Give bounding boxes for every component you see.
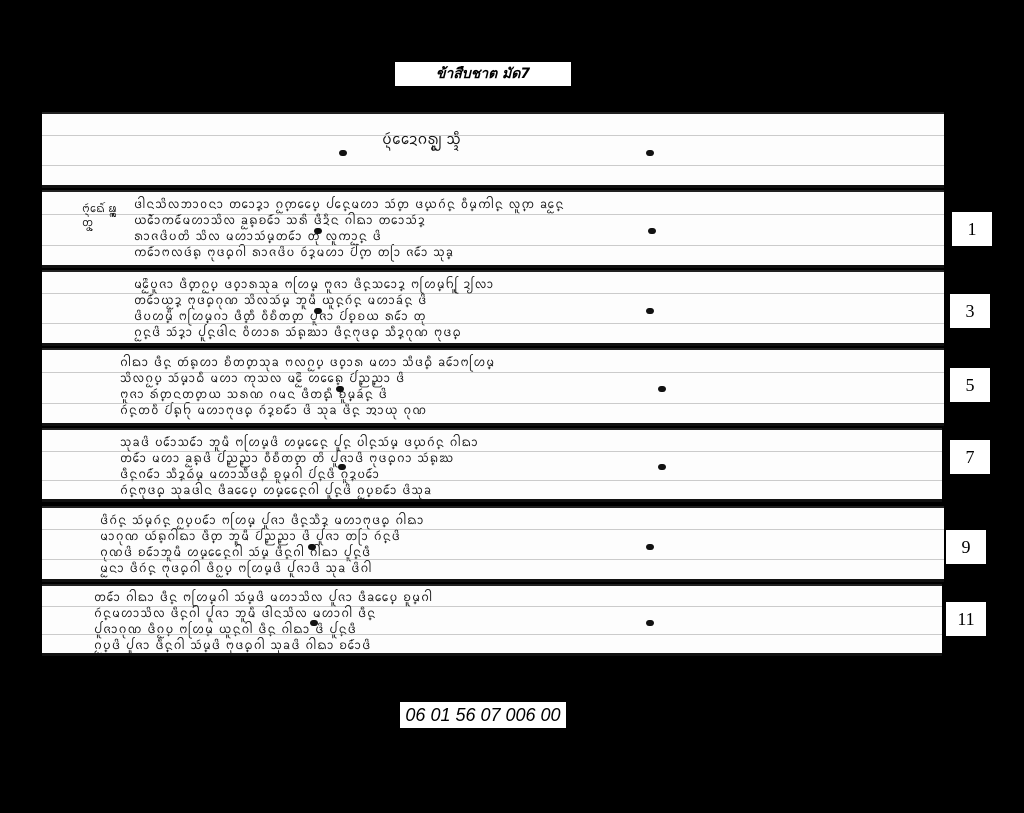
binding-hole-right [648,228,656,234]
leaf-line: ᨣᩬ᩠ᨶᨴᩦ ᩈᩢ᩠ᨯᩣ ᨸᩪ᩠ᨶᨴᩤᨶ ᩅᩥᩉᩣᩁ ᩈᩢ᩠ᨦᨥᩣ ᨴᩥ᩠ᨶᨻᩩ… [134,324,462,343]
binding-hole-right [646,620,654,626]
leaf-line: ᨣᩬ᩠ᨷᨴᩦ ᨸᩪᨩᩣ ᨴᩥ᩠ᨶᨣᩤ ᩈᩢ᩠ᨾᨴᩦ ᨻᩩᨴ᩠ᨵᨣᩤ ᩈᩩᨡᨴᩦ … [94,637,371,656]
leaf-11: ᨲᩮᩢ᩶ᩣ ᨣᩤᨳᩣ ᨴᩥ᩠ᨶ ᨻᩕᩉ᩠ᨾᨣᩤ ᩈᩢ᩠ᨾᨴᩦ ᨾᩉᩣᩈᩦᩃ ᨸᩪ… [42,584,942,656]
bundle-label: ข้าสืบชาต มัด7 [395,62,571,86]
leaf-line: ᨾᩬᨶᩣ ᨴᩥᨣᩢ᩠ᨶ ᨻᩩᨴ᩠ᨵᨣᩤ ᨴᩥᨣᩬ᩠ᨷ ᨻᩕᩉ᩠ᨾᨴᩦ ᨸᩪᨩᩣᨴ… [100,560,372,579]
leaf-7: ᩈᩩᨡᨴᩦ ᨷᩮᩢ᩶ᩣᩈᩮᩢ᩶ᩣ ᨽᩪᨾᩥ ᨻᩕᩉ᩠ᨾᨴᩦ ᩉ᩠ᨾᩯ᩠ᨶ ᨸᩪ᩠… [42,428,942,502]
leaf-line: ᨣᩢ᩠ᨶᨲᩅᩥ ᨸᩢ᩠ᨦᨤᩩ ᨾᩉᩣᨻᩩᨴ᩠ᨵ ᨣᩢ᩠ᨯᨧᩮᩢ᩶ᩣ ᨴᩦ ᩈᩩᨡ… [120,402,427,421]
leaf-margin-note: ᨻᩢ᩠ᨶᨳᩮᩫ᩶ ᨹᩪ᩠ᨠ ᨲᩬ᩠ᨶ [82,202,126,230]
binding-hole-left [314,228,322,234]
binding-hole-left [336,386,344,392]
leaf-number-label: 3 [950,294,990,328]
leaf-number-label: 7 [950,440,990,474]
leaf-9: ᨴᩦᨣᩢ᩠ᨶ ᩈᩢ᩠ᨾᨣᩢ᩠ᨶ ᨣᩬ᩠ᨷᨷᩮᩢ᩶ᩣ ᨻᩕᩉ᩠ᨾ ᨸᩪᨩᩣ ᨴᩥ᩠… [42,506,944,582]
leaf-5: ᨣᩤᨳᩣ ᨴᩥ᩠ᨶ ᨲᩢ᩠ᨦᩉᩣ ᨧᩥᨲ᩠ᨲᩈᩩᨡ ᨻᩃᨣᩬ᩠ᨷ ᨴ᩠ᩅᩣᩁ ᨾ… [42,348,944,426]
leaf-1: ᨻᩢ᩠ᨶᨳᩮᩫ᩶ ᨹᩪ᩠ᨠ ᨲᩬ᩠ᨶ ᨴᩤᨶᩈᩦᩃᨽᩣᩅᨶᩣ ᨲᩮᩣ᩠ᨯᩣ ᨣᩬ… [42,190,944,268]
binding-hole-right [646,544,654,550]
cover-leaf-title: ᨷᩢ᩠ᨶᨯᩯᨣᩁᩪ᩠ᨷ ᩈᩥ᩠ᨯ [382,128,461,152]
binding-hole-left [338,464,346,470]
binding-hole-left [314,308,322,314]
leaf-number-label: 11 [946,602,986,636]
catalog-number-text: 06 01 56 07 006 00 [405,705,560,726]
leaf-3: ᨾᩮᩨᩬᨷᩪᨩᩣ ᨴᩥ᩠ᨲᨣᩬ᩠ᨷ ᨴ᩠ᩅᩣᩁᩈᩩᨡ ᨻᩕᩉ᩠ᨾ ᨻᩪᨩᩣ ᨴᩥ… [42,270,944,346]
binding-hole-left [308,544,316,550]
binding-hole-right [646,150,654,156]
cover-leaf: ᨷᩢ᩠ᨶᨯᩯᨣᩁᩪ᩠ᨷ ᩈᩥ᩠ᨯ [42,112,944,188]
leaf-number-label: 9 [946,530,986,564]
leaf-line: ᩁᩣᨩᨴᩦᨷᨲᩦ ᩈᩦᩃ ᨾᩉᩣᩈᩢ᩠ᨾᨲᩮᩢ᩶ᩣ ᨲᩩ ᩃᩪᨠᩣᩬ᩠ᨶ ᨴᩦ [134,228,382,247]
leaf-line: ᨻᩪᨩᩣ ᩁᩢ᩠ᨲᨶᨲ᩠ᨲᨿ ᩈᩁᨱ ᨣᨾᨶ ᨴᩥᨲ᩠ᨳᩥ ᨧᩪ᩠ᨾᨡᩢ᩠ᨶ ᨴ… [120,386,388,405]
binding-hole-left [310,620,318,626]
leaf-line: ᨣᩢ᩠ᨶᨻᩩᨴ᩠ᨵ ᩈᩩᨡᨴᩤᨶ ᨴᩥᨡᩯ᩠ᨷ ᩉ᩠ᨾᩯ᩠ᨶᨣᩤ ᨸᩪ᩠ᨶᨴᩦ … [120,482,432,501]
catalog-number-label: 06 01 56 07 006 00 [400,702,566,728]
leaf-number-label: 5 [950,368,990,402]
binding-hole-left [339,150,347,156]
bundle-label-text: ข้าสืบชาต มัด7 [436,63,530,85]
leaf-line: ᨠᩮᩢ᩶ᩣᨻᩃᨴᩢ᩠ᨦ ᨻᩩᨴ᩠ᨵᨣᩤ ᩁᩣᨩᨴᩦᨷ ᩅᩢ᩠ᨯᨾᩉᩣ ᨸᩢ᩠ᨠ … [134,244,454,263]
binding-hole-right [646,308,654,314]
binding-hole-right [658,386,666,392]
leaf-number-label: 1 [952,212,992,246]
binding-hole-right [658,464,666,470]
